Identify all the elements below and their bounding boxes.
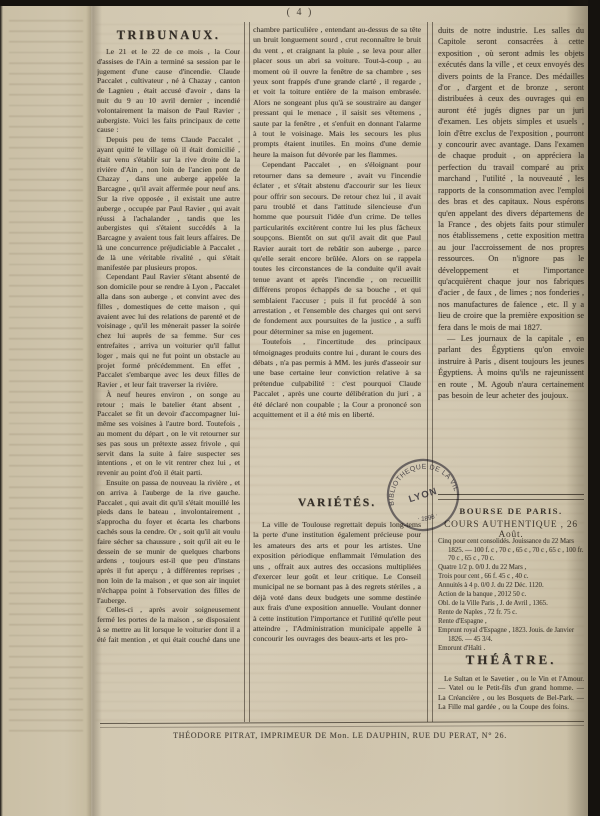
article-paragraph: Toutefois , l'incertitude des principaux… (253, 337, 421, 420)
theatre-listing-text: Le Sultan et le Savetier , ou le Vin et … (438, 675, 584, 713)
bourse-quote-line: Rente d'Espagne , (438, 618, 586, 627)
bourse-quote-line: Rente de Naples , 72 fr. 75 c. (438, 609, 586, 618)
bourse-quote-line: Cinq pour cent consolidés. Jouissance du… (438, 538, 586, 564)
stamp-bottom-text: · 1898 · (415, 509, 440, 526)
bourse-quote-line: Emprunt d'Haïti , (438, 645, 586, 651)
theatre-heading: THÉÂTRE. (438, 652, 584, 668)
svg-text:· 1898 ·: · 1898 · (415, 509, 440, 526)
printer-imprint-footer: THÉODORE PITRAT, IMPRIMEUR DE Mon. LE DA… (95, 731, 585, 740)
stamp-center-text: LYON (407, 486, 438, 506)
bourse-quote-line: Obl. de la Ville Paris , J. de Avril , 1… (438, 600, 586, 609)
bourse-quote-line: Emprunt royal d'Espagne , 1823. Jouis. d… (438, 627, 586, 644)
page-number: ( 4 ) (260, 7, 340, 18)
article-paragraph: À neuf heures environ , on songe au reto… (97, 390, 240, 478)
article-paragraph: Depuis peu de tems Claude Paccalet , aya… (97, 135, 240, 272)
industry-article-column-3: duits de notre industrie. Les salles du … (438, 25, 584, 490)
article-paragraph: Ensuite on passa de nouveau la rivière ,… (97, 478, 240, 605)
column-rule-1 (244, 22, 250, 722)
article-paragraph: — Les journaux de la capitale , en parla… (438, 333, 584, 401)
page-edge-shadow (566, 0, 588, 816)
theatre-listing: Le Sultan et le Savetier , ou le Vin et … (438, 675, 584, 721)
article-paragraph: Cependant Paul Ravier s'étant absenté de… (97, 272, 240, 390)
bottom-rule (100, 721, 584, 728)
tribunaux-heading: TRIBUNAUX. (97, 28, 240, 43)
newspaper-page-scan: ( 4 ) TRIBUNAUX. Le 21 et le 22 de ce mo… (0, 0, 600, 816)
column-rule-2 (427, 22, 433, 722)
varietes-article: La ville de Toulouse regrettait depuis l… (253, 520, 421, 716)
bourse-quote-line: Annuités à 4 p. 0/0 J. du 22 Déc. 1120. (438, 582, 586, 591)
article-paragraph: Celles-ci , après avoir soigneusement fe… (97, 605, 240, 644)
photo-frame-top (0, 0, 600, 6)
article-paragraph: chambre particulière , entendant au-dess… (253, 25, 421, 160)
article-paragraph: duits de notre industrie. Les salles du … (438, 25, 584, 333)
article-paragraph: Le 21 et le 22 de ce mois , la Cour d'as… (97, 47, 240, 135)
bourse-quote-line: Quatre 1/2 p. 0/0 J. du 22 Mars , (438, 564, 586, 573)
photo-frame-left (0, 0, 3, 816)
bourse-quote-line: Action de la banque , 2012 50 c. (438, 591, 586, 600)
photo-frame-right (588, 0, 600, 816)
article-paragraph: Cependant Paccalet , en s'éloignant pour… (253, 160, 421, 337)
bourse-quote-line: Trois pour cent , 66 f. 45 c , 40 c. (438, 573, 586, 582)
tribunaux-article-column-2: chambre particulière , entendant au-dess… (253, 25, 421, 491)
adjacent-page-bleed (3, 6, 91, 816)
bleed-text-lines (9, 20, 83, 740)
bourse-quotes-list: Cinq pour cent consolidés. Jouissance du… (438, 538, 586, 650)
tribunaux-article-column-1: Le 21 et le 22 de ce mois , la Cour d'as… (97, 47, 240, 715)
